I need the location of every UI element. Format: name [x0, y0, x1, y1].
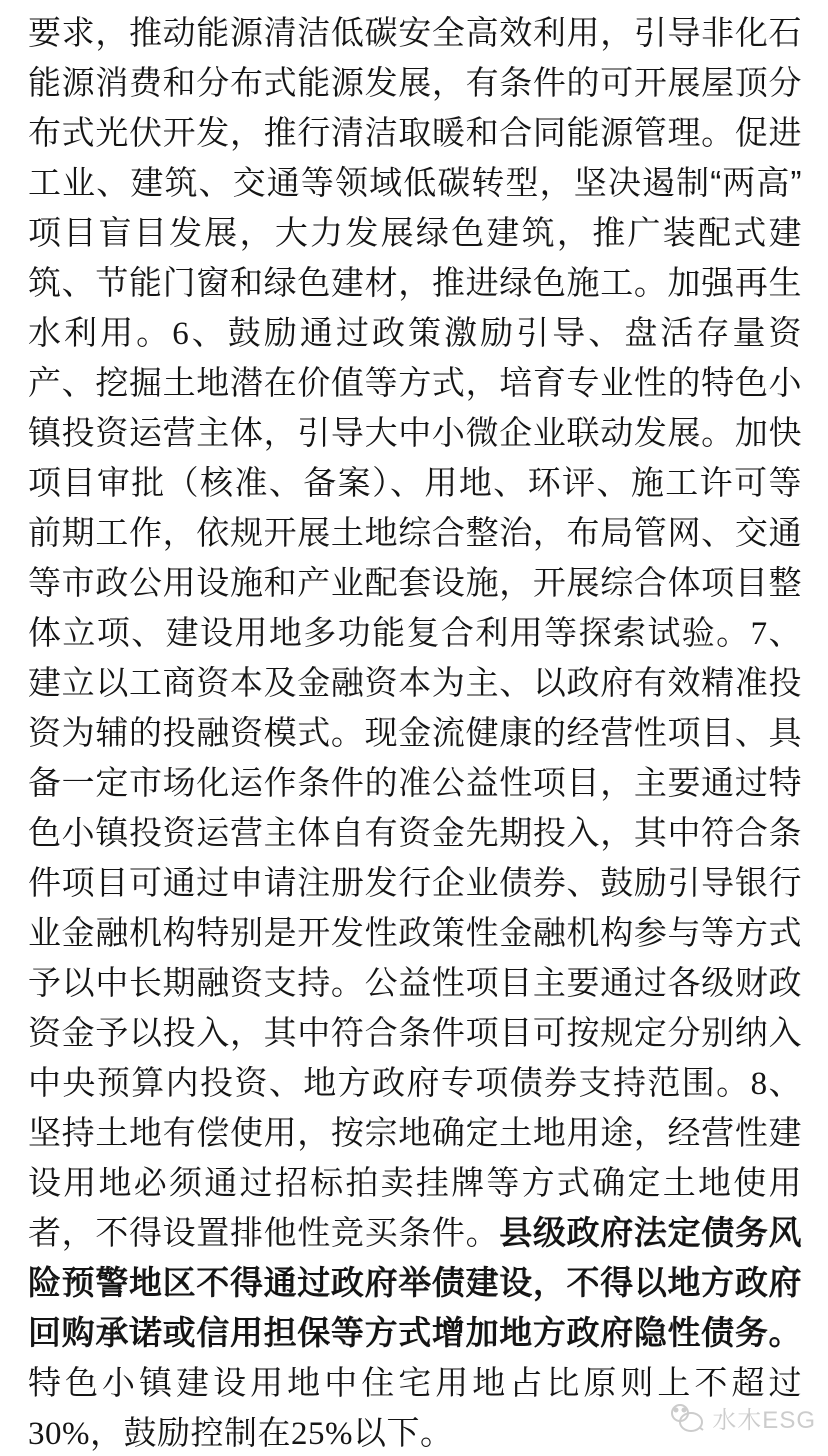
text-line: 产、挖掘土地潜在价值等方式，培育专业性的特色小 — [28, 358, 802, 408]
text-segment: 等市政公用设施和产业配套设施，开展综合体项目整 — [28, 564, 802, 601]
text-line: 镇投资运营主体，引导大中小微企业联动发展。加快 — [28, 408, 802, 458]
text-segment: 25% — [291, 1416, 353, 1452]
text-line: 前期工作，依规开展土地综合整治，布局管网、交通 — [28, 508, 802, 558]
text-line: 业金融机构特别是开发性政策性金融机构参与等方式 — [28, 908, 802, 958]
text-segment: 以下。 — [353, 1414, 454, 1451]
text-line: 等市政公用设施和产业配套设施，开展综合体项目整 — [28, 558, 802, 608]
bold-text-segment: 县级政府法定债务风 — [499, 1214, 802, 1251]
text-line: 险预警地区不得通过政府举债建设，不得以地方政府 — [28, 1258, 802, 1308]
text-line: 备一定市场化运作条件的准公益性项目，主要通过特 — [28, 758, 802, 808]
text-segment: 业金融机构特别是开发性政策性金融机构参与等方式 — [28, 914, 802, 951]
text-line: 项目审批（核准、备案）、用地、环评、施工许可等 — [28, 458, 802, 508]
text-line: 建立以工商资本及金融资本为主、以政府有效精准投 — [28, 658, 802, 708]
text-segment: 予以中长期融资支持。公益性项目主要通过各级财政 — [28, 964, 802, 1001]
text-segment: 建立以工商资本及金融资本为主、以政府有效精准投 — [28, 664, 802, 701]
text-line: 项目盲目发展，大力发展绿色建筑，推广装配式建 — [28, 208, 802, 258]
text-line: 资为辅的投融资模式。现金流健康的经营性项目、具 — [28, 708, 802, 758]
text-segment: 筑、节能门窗和绿色建材，推进绿色施工。加强再生 — [28, 264, 802, 301]
text-segment: 备一定市场化运作条件的准公益性项目，主要通过特 — [28, 764, 802, 801]
text-segment: 7 — [751, 616, 768, 652]
text-segment: 工业、建筑、交通等领域低碳转型，坚决遏制“两高” — [28, 164, 802, 201]
text-line: 色小镇投资运营主体自有资金先期投入，其中符合条 — [28, 808, 802, 858]
text-segment: 项目盲目发展，大力发展绿色建筑，推广装配式建 — [28, 214, 802, 251]
text-line: 者，不得设置排他性竞买条件。县级政府法定债务风 — [28, 1208, 802, 1258]
text-line: 资金予以投入，其中符合条件项目可按规定分别纳入 — [28, 1008, 802, 1058]
text-line: 筑、节能门窗和绿色建材，推进绿色施工。加强再生 — [28, 258, 802, 308]
text-segment: 色小镇投资运营主体自有资金先期投入，其中符合条 — [28, 814, 802, 851]
watermark-text: 水木ESG — [712, 1400, 816, 1435]
text-segment: 能源消费和分布式能源发展，有条件的可开展屋顶分 — [28, 64, 802, 101]
text-line: 布式光伏开发，推行清洁取暖和合同能源管理。促进 — [28, 108, 802, 158]
text-segment: 要求，推动能源清洁低碳安全高效利用，引导非化石 — [28, 14, 802, 51]
text-line: 水利用。6、鼓励通过政策激励引导、盘活存量资 — [28, 308, 802, 358]
text-segment: 件项目可通过申请注册发行企业债券、鼓励引导银行 — [28, 864, 802, 901]
text-line: 中央预算内投资、地方政府专项债券支持范围。8、 — [28, 1058, 802, 1108]
text-segment: 30% — [28, 1416, 90, 1452]
text-segment: 设用地必须通过招标拍卖挂牌等方式确定土地使用 — [28, 1164, 802, 1201]
bold-text-segment: 险预警地区不得通过政府举债建设，不得以地方政府 — [28, 1264, 802, 1301]
text-segment: 8 — [751, 1066, 768, 1102]
text-segment: 布式光伏开发，推行清洁取暖和合同能源管理。促进 — [28, 114, 802, 151]
text-segment: ，鼓励控制在 — [90, 1414, 291, 1451]
text-line: 体立项、建设用地多功能复合利用等探索试验。7、 — [28, 608, 802, 658]
text-segment: 镇投资运营主体，引导大中小微企业联动发展。加快 — [28, 414, 802, 451]
text-segment: 前期工作，依规开展土地综合整治，布局管网、交通 — [28, 514, 802, 551]
text-segment: 者，不得设置排他性竞买条件。 — [28, 1214, 499, 1251]
text-segment: 项目审批（核准、备案）、用地、环评、施工许可等 — [28, 464, 802, 501]
text-line: 予以中长期融资支持。公益性项目主要通过各级财政 — [28, 958, 802, 1008]
shuimu-esg-logo-icon — [668, 1403, 706, 1433]
document-body: 要求，推动能源清洁低碳安全高效利用，引导非化石能源消费和分布式能源发展，有条件的… — [0, 8, 828, 1456]
text-line: 设用地必须通过招标拍卖挂牌等方式确定土地使用 — [28, 1158, 802, 1208]
watermark: 水木ESG — [668, 1400, 816, 1435]
text-segment: 体立项、建设用地多功能复合利用等探索试验。 — [28, 614, 751, 651]
text-segment: 特色小镇建设用地中住宅用地占比原则上不超过 — [28, 1364, 802, 1401]
text-segment: 中央预算内投资、地方政府专项债券支持范围。 — [28, 1064, 751, 1101]
text-segment: 产、挖掘土地潜在价值等方式，培育专业性的特色小 — [28, 364, 802, 401]
text-segment: 水利用。 — [28, 314, 172, 351]
text-line: 要求，推动能源清洁低碳安全高效利用，引导非化石 — [28, 8, 802, 58]
text-segment: 、鼓励通过政策激励引导、盘活存量资 — [189, 314, 802, 351]
text-line: 件项目可通过申请注册发行企业债券、鼓励引导银行 — [28, 858, 802, 908]
bold-text-segment: 回购承诺或信用担保等方式增加地方政府隐性债务。 — [28, 1314, 802, 1351]
text-line: 工业、建筑、交通等领域低碳转型，坚决遏制“两高” — [28, 158, 802, 208]
text-segment: 坚持土地有偿使用，按宗地确定土地用途，经营性建 — [28, 1114, 802, 1151]
text-line: 回购承诺或信用担保等方式增加地方政府隐性债务。 — [28, 1308, 802, 1358]
text-segment: 资为辅的投融资模式。现金流健康的经营性项目、具 — [28, 714, 802, 751]
text-segment: 、 — [768, 1064, 802, 1101]
text-segment: 、 — [768, 614, 802, 651]
text-line: 坚持土地有偿使用，按宗地确定土地用途，经营性建 — [28, 1108, 802, 1158]
text-segment: 6 — [172, 316, 189, 352]
text-line: 能源消费和分布式能源发展，有条件的可开展屋顶分 — [28, 58, 802, 108]
text-segment: 资金予以投入，其中符合条件项目可按规定分别纳入 — [28, 1014, 802, 1051]
